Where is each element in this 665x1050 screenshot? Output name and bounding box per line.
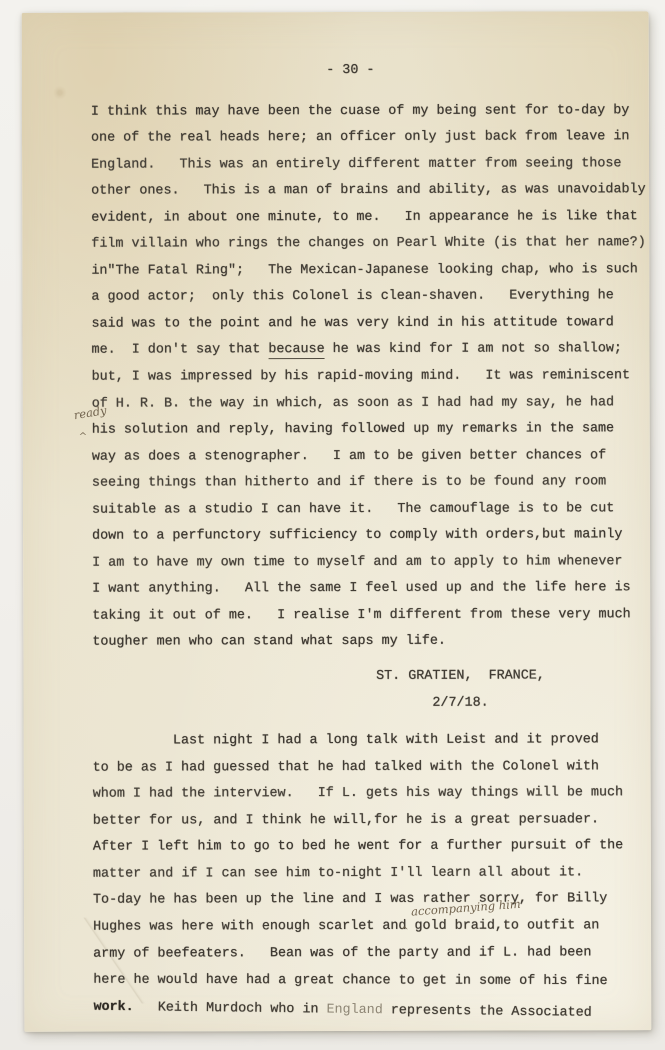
typed-text: in"The Fatal Ring"; The Mexican-Japanese… [91, 262, 637, 278]
typed-text: army of beefeaters. Bean was of the part… [93, 945, 591, 961]
typed-line: England. This was an entirely different … [91, 151, 648, 179]
typed-text: England [326, 1002, 382, 1018]
typed-line: whom I had the interview. If L. gets his… [93, 780, 650, 808]
typed-text: but, I was impressed by his rapid-moving… [92, 368, 630, 384]
typed-text: work. [93, 999, 133, 1014]
typed-line: one of the real heads here; an officer o… [91, 124, 648, 152]
typed-text: one of the real heads here; an officer o… [91, 129, 629, 145]
typed-line: a good actor; only this Colonel is clean… [91, 284, 648, 312]
typed-line: army of beefeaters. Bean was of the part… [93, 940, 650, 968]
typed-line: way as does a stenographer. I am to be g… [92, 443, 649, 471]
insertion-caret-mark: ^ [79, 433, 87, 443]
typed-text: suitable as a studio I can have it. The … [92, 501, 614, 517]
typed-line: film villain who rings the changes on Pe… [91, 230, 648, 258]
typed-text: he was kind for I am not so shallow; [325, 342, 622, 358]
typed-text: evident, in about one minute, to me. In … [91, 209, 637, 225]
typed-line: said was to the point and he was very ki… [91, 310, 648, 338]
typed-line: here he would have had a great chance to… [93, 968, 650, 996]
typed-line: work. Keith Murdoch who in England repre… [93, 994, 650, 1027]
typed-line: to be as I had guessed that he had talke… [93, 754, 650, 782]
typed-text: I want anything. All the same I feel use… [92, 581, 630, 597]
insertion-caret-mark: ^ [400, 927, 408, 937]
typed-text: of H. R. B. the way in which, as soon as… [92, 395, 614, 411]
dateline-place: ST. GRATIEN, FRANCE, [92, 663, 649, 691]
page-number: - 30 - [72, 57, 629, 85]
paper-sheet: - 30 - I think this may have been the cu… [22, 11, 652, 1032]
diary-paragraph-1: I think this may have been the cuase of … [91, 98, 649, 657]
typed-text: down to a perfunctory sufficiency to com… [92, 528, 622, 544]
typed-line: of H. R. B. the way in which, as soon as… [92, 390, 649, 418]
typed-line: down to a perfunctory sufficiency to com… [92, 522, 649, 550]
typed-text: matter and if I can see him to-night I'l… [93, 865, 583, 881]
typed-text: I think this may have been the cuase of … [91, 103, 629, 119]
typed-text: his solution and reply, having followed … [92, 421, 614, 437]
typed-text: represents the Associated [383, 1003, 592, 1021]
typed-text: To-day he has been up the line and I was… [93, 892, 607, 908]
typed-text: I am to have my own time to myself and a… [92, 554, 622, 570]
typed-line: matter and if I can see him to-night I'l… [93, 860, 650, 888]
typed-text: film villain who rings the changes on Pe… [91, 235, 646, 251]
dateline: ST. GRATIEN, FRANCE, 2/7/18. [92, 663, 649, 718]
typed-line: in"The Fatal Ring"; The Mexican-Japanese… [91, 257, 648, 285]
handwritten-annotation: ready [73, 405, 107, 422]
typed-line: me. I don't say that because he was kind… [92, 337, 649, 365]
dateline-date: 2/7/18. [92, 690, 649, 718]
typed-text: whom I had the interview. If L. gets his… [93, 785, 623, 801]
typed-text: seeing things than hitherto and if there… [92, 474, 606, 490]
typed-text: a good actor; only this Colonel is clean… [91, 289, 613, 305]
typed-line: tougher men who can stand what saps my l… [92, 629, 649, 657]
typed-text: taking it out of me. I realise I'm diffe… [92, 607, 630, 623]
typed-text: to be as I had guessed that he had talke… [93, 759, 599, 775]
typed-line: I think this may have been the cuase of … [91, 98, 648, 126]
typed-line: Last night I had a long talk with Leist … [93, 727, 650, 755]
typed-text-area: - 30 - I think this may have been the cu… [91, 11, 651, 1021]
typed-line: taking it out of me. I realise I'm diffe… [92, 602, 649, 630]
typed-text: Keith Murdoch who in [134, 1000, 327, 1017]
typed-line: After I left him to go to bed he went fo… [93, 833, 650, 861]
typed-line: better for us, and I think he will,for h… [93, 807, 650, 835]
diary-paragraph-2: Last night I had a long talk with Leist … [93, 727, 651, 1020]
typed-line: I want anything. All the same I feel use… [92, 576, 649, 604]
typed-text: here he would have had a great chance to… [93, 973, 607, 989]
typed-text: Last night I had a long talk with Leist … [173, 732, 599, 748]
typed-line: To-day he has been up the line and I was… [93, 887, 650, 915]
typed-line: seeing things than hitherto and if there… [92, 469, 649, 497]
typed-text: Hughes was here with enough scarlet and … [93, 918, 599, 934]
typed-text: me. I don't say that [92, 343, 269, 358]
typed-text: tougher men who can stand what saps my l… [92, 634, 446, 650]
typed-line: Hughes was here with enough scarlet and … [93, 913, 650, 941]
typed-text: better for us, and I think he will,for h… [93, 812, 599, 828]
typed-line: other ones. This is a man of brains and … [91, 177, 648, 205]
typed-line: but, I was impressed by his rapid-moving… [92, 363, 649, 391]
typed-text: After I left him to go to bed he went fo… [93, 839, 623, 855]
typed-line: his solution and reply, having followed … [92, 416, 649, 444]
underlined-word: because [268, 342, 324, 359]
photo-backdrop: - 30 - I think this may have been the cu… [0, 0, 665, 1050]
typed-text: said was to the point and he was very ki… [91, 315, 613, 331]
typed-line: I am to have my own time to myself and a… [92, 549, 649, 577]
typed-text: other ones. This is a man of brains and … [91, 182, 646, 198]
typed-line: suitable as a studio I can have it. The … [92, 496, 649, 524]
typed-text: way as does a stenographer. I am to be g… [92, 448, 606, 464]
typed-text: England. This was an entirely different … [91, 156, 621, 172]
typed-line: evident, in about one minute, to me. In … [91, 204, 648, 232]
